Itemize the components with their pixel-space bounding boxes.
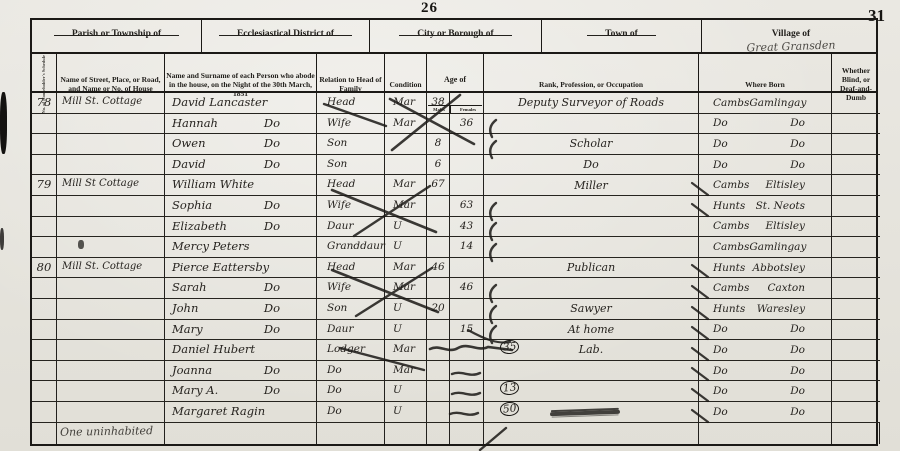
street-cell xyxy=(57,237,165,258)
age-female-cell: 43 xyxy=(450,217,484,238)
parish-cell: Parish or Township of xyxy=(32,20,202,53)
occupation-cell: Miller xyxy=(484,175,699,196)
person-name-cell: David Lancaster xyxy=(165,93,317,114)
blind-deaf-cell xyxy=(832,114,880,135)
relation-cell: Daur xyxy=(317,320,385,341)
person-name-cell: JohnDo xyxy=(165,299,317,320)
age-female-cell: 15 xyxy=(450,320,484,341)
condition-cell: Mar xyxy=(385,175,427,196)
table-row: OwenDo Son 8 Scholar DoDo xyxy=(32,134,876,155)
ecclesiastical-cell: Ecclesiastical District of xyxy=(202,20,370,53)
blind-deaf-cell xyxy=(832,258,880,279)
condition-cell: Mar xyxy=(385,258,427,279)
age-male-cell: 20 xyxy=(427,299,450,320)
village-label: Village of xyxy=(768,29,814,39)
blind-deaf-cell xyxy=(832,134,880,155)
occupation-cell xyxy=(484,237,699,258)
blind-deaf-cell xyxy=(832,340,880,361)
blind-deaf-cell xyxy=(832,361,880,382)
schedule-number-cell: 79 xyxy=(32,175,57,196)
age-male-cell xyxy=(427,217,450,238)
scan-artifact xyxy=(78,240,84,249)
age-female-cell: 63 xyxy=(450,196,484,217)
relation-cell: Head xyxy=(317,93,385,114)
age-female-cell xyxy=(450,134,484,155)
relation-cell: Wife xyxy=(317,114,385,135)
schedule-number-cell xyxy=(32,402,57,423)
table-row: 80 Mill St. Cottage Pierce Eattersby Hea… xyxy=(32,258,876,279)
table-row: SophiaDo Wife Mar 63 HuntsSt. Neots xyxy=(32,196,876,217)
age-male-cell xyxy=(427,278,450,299)
footer-row: One uninhabited xyxy=(32,423,876,444)
where-born-cell: DoDo xyxy=(699,340,832,361)
relation-cell: Wife xyxy=(317,196,385,217)
occupation-cell: Scholar xyxy=(484,134,699,155)
age-male-cell xyxy=(427,361,450,382)
table-row: HannahDo Wife Mar 36 DoDo xyxy=(32,114,876,135)
village-cell: Village of Great Gransden xyxy=(702,20,880,53)
occupation-cell: At home xyxy=(484,320,699,341)
condition-cell: U xyxy=(385,217,427,238)
condition-cell: U xyxy=(385,299,427,320)
street-cell xyxy=(57,340,165,361)
age-female-cell xyxy=(450,155,484,176)
blind-deaf-cell xyxy=(832,93,880,114)
blind-deaf-cell xyxy=(832,237,880,258)
person-name-cell: MaryDo xyxy=(165,320,317,341)
schedule-number-cell xyxy=(32,278,57,299)
town-cell: Town of xyxy=(542,20,702,53)
schedule-number-cell xyxy=(32,320,57,341)
age-female-cell xyxy=(450,340,484,361)
street-cell xyxy=(57,134,165,155)
street-cell xyxy=(57,196,165,217)
age-female-cell xyxy=(450,361,484,382)
relation-cell: Lodger xyxy=(317,340,385,361)
street-cell xyxy=(57,217,165,238)
relation-cell: Do xyxy=(317,381,385,402)
age-female-cell xyxy=(450,381,484,402)
where-born-cell: DoDo xyxy=(699,134,832,155)
where-born-cell: CambsEltisley xyxy=(699,217,832,238)
table-row: JohnDo Son U 20 Sawyer HuntsWaresley xyxy=(32,299,876,320)
person-name-cell: Mary A.Do xyxy=(165,381,317,402)
schedule-number-cell xyxy=(32,134,57,155)
where-born-cell: CambsEltisley xyxy=(699,175,832,196)
uninhabited-note: One uninhabited xyxy=(60,424,153,439)
condition-cell: U xyxy=(385,402,427,423)
table-row: ElizabethDo Daur U 43 CambsEltisley xyxy=(32,217,876,238)
condition-cell xyxy=(385,155,427,176)
schedule-number-cell: 78 xyxy=(32,93,57,114)
person-name-cell: DavidDo xyxy=(165,155,317,176)
blind-deaf-cell xyxy=(832,402,880,423)
where-born-cell: DoDo xyxy=(699,402,832,423)
relation-cell: Daur xyxy=(317,217,385,238)
town-label: Town of xyxy=(601,29,642,39)
circled-age-correction: 50 xyxy=(499,401,520,417)
age-male-cell xyxy=(427,340,450,361)
relation-cell: Wife xyxy=(317,278,385,299)
schedule-number-cell xyxy=(32,299,57,320)
table-row: SarahDo Wife Mar 46 CambsCaxton xyxy=(32,278,876,299)
condition-cell: U xyxy=(385,237,427,258)
schedule-number-cell xyxy=(32,361,57,382)
column-header-row: No. of Householder's Schedule Name of St… xyxy=(32,54,876,93)
where-born-cell: DoDo xyxy=(699,155,832,176)
person-name-cell: Pierce Eattersby xyxy=(165,258,317,279)
condition-cell: Mar xyxy=(385,114,427,135)
age-female-cell xyxy=(450,175,484,196)
occupation-cell xyxy=(484,196,699,217)
occupation-cell xyxy=(484,278,699,299)
relation-cell: Granddaur xyxy=(317,237,385,258)
blind-deaf-cell xyxy=(832,217,880,238)
blind-deaf-cell xyxy=(832,381,880,402)
relation-cell: Head xyxy=(317,258,385,279)
where-born-cell: CambsGamlingay xyxy=(699,93,832,114)
street-cell xyxy=(57,402,165,423)
person-name-cell: JoannaDo xyxy=(165,361,317,382)
census-form: Parish or Township of Ecclesiastical Dis… xyxy=(30,18,878,446)
circled-age-correction: 35 xyxy=(499,339,520,355)
condition-cell: Mar xyxy=(385,93,427,114)
street-cell xyxy=(57,155,165,176)
age-female-cell: 14 xyxy=(450,237,484,258)
schedule-number-cell xyxy=(32,217,57,238)
blind-deaf-cell xyxy=(832,196,880,217)
relation-cell: Son xyxy=(317,155,385,176)
circled-age-correction: 13 xyxy=(499,380,520,396)
place-name-band: Parish or Township of Ecclesiastical Dis… xyxy=(32,20,876,54)
blind-deaf-cell xyxy=(832,299,880,320)
street-cell: Mill St. Cottage xyxy=(57,93,165,114)
street-cell xyxy=(57,381,165,402)
where-born-cell: HuntsSt. Neots xyxy=(699,196,832,217)
occupation-cell: 35 Lab. xyxy=(484,340,699,361)
occupation-cell: Sawyer xyxy=(484,299,699,320)
condition-cell: U xyxy=(385,320,427,341)
person-name-cell: ElizabethDo xyxy=(165,217,317,238)
table-row: Daniel Hubert Lodger Mar 35 Lab. DoDo xyxy=(32,340,876,361)
person-name-cell: Daniel Hubert xyxy=(165,340,317,361)
occupation-cell xyxy=(484,114,699,135)
where-born-cell: HuntsWaresley xyxy=(699,299,832,320)
age-male-cell xyxy=(427,196,450,217)
street-cell xyxy=(57,361,165,382)
occupation-cell: Publican xyxy=(484,258,699,279)
person-name-cell: Mercy Peters xyxy=(165,237,317,258)
age-male-cell xyxy=(427,237,450,258)
condition-cell: Mar xyxy=(385,196,427,217)
street-cell: Mill St. Cottage xyxy=(57,258,165,279)
person-name-cell: OwenDo xyxy=(165,134,317,155)
person-name-cell: SarahDo xyxy=(165,278,317,299)
relation-cell: Son xyxy=(317,299,385,320)
age-female-cell xyxy=(450,402,484,423)
age-male-cell: 67 xyxy=(427,175,450,196)
scan-artifact xyxy=(0,228,4,250)
age-female-cell xyxy=(450,93,484,114)
parish-label: Parish or Township of xyxy=(68,29,165,39)
occupation-cell xyxy=(484,361,699,382)
scan-artifact xyxy=(0,92,7,154)
where-born-cell: CambsCaxton xyxy=(699,278,832,299)
condition-cell xyxy=(385,134,427,155)
relation-cell: Do xyxy=(317,361,385,382)
relation-cell: Son xyxy=(317,134,385,155)
age-male-cell xyxy=(427,381,450,402)
age-male-cell: 6 xyxy=(427,155,450,176)
age-male-cell xyxy=(427,402,450,423)
condition-cell: U xyxy=(385,381,427,402)
schedule-number-cell xyxy=(32,237,57,258)
where-born-cell: DoDo xyxy=(699,320,832,341)
table-row: 78 Mill St. Cottage David Lancaster Head… xyxy=(32,93,876,114)
street-cell xyxy=(57,320,165,341)
city-cell: City or Borough of xyxy=(370,20,542,53)
occupation-cell: 13 xyxy=(484,381,699,402)
age-male-cell xyxy=(427,320,450,341)
city-label: City or Borough of xyxy=(413,29,497,39)
schedule-number-cell xyxy=(32,381,57,402)
schedule-number-cell xyxy=(32,114,57,135)
street-cell: Mill St Cottage xyxy=(57,175,165,196)
schedule-number-cell xyxy=(32,155,57,176)
schedule-number-cell: 80 xyxy=(32,258,57,279)
table-row: JoannaDo Do Mar DoDo xyxy=(32,361,876,382)
schedule-number-cell xyxy=(32,340,57,361)
age-male-cell xyxy=(427,114,450,135)
age-male-cell: 8 xyxy=(427,134,450,155)
person-name-cell: Margaret Ragin xyxy=(165,402,317,423)
condition-cell: Mar xyxy=(385,361,427,382)
where-born-cell: CambsGamlingay xyxy=(699,237,832,258)
age-female-cell: 36 xyxy=(450,114,484,135)
blind-deaf-cell xyxy=(832,175,880,196)
age-male-cell: 38 xyxy=(427,93,450,114)
occupation-cell: Deputy Surveyor of Roads xyxy=(484,93,699,114)
person-name-cell: HannahDo xyxy=(165,114,317,135)
ecclesiastical-label: Ecclesiastical District of xyxy=(233,29,338,39)
age-male-cell: 46 xyxy=(427,258,450,279)
blind-deaf-cell xyxy=(832,278,880,299)
street-cell xyxy=(57,114,165,135)
table-row: 79 Mill St Cottage William White Head Ma… xyxy=(32,175,876,196)
table-row: Mercy Peters Granddaur U 14 CambsGamling… xyxy=(32,237,876,258)
occupation-cell: Do xyxy=(484,155,699,176)
age-female-cell xyxy=(450,258,484,279)
occupation-cell: 50 xyxy=(484,402,699,423)
person-name-cell: William White xyxy=(165,175,317,196)
age-female-cell xyxy=(450,299,484,320)
person-name-cell: SophiaDo xyxy=(165,196,317,217)
table-row: Margaret Ragin Do U 50 DoDo xyxy=(32,402,876,423)
occupation-cell xyxy=(484,217,699,238)
condition-cell: Mar xyxy=(385,340,427,361)
table-row: MaryDo Daur U 15 At home DoDo xyxy=(32,320,876,341)
page-number-left: 26 xyxy=(421,0,438,17)
rows-body: 78 Mill St. Cottage David Lancaster Head… xyxy=(32,93,876,423)
relation-cell: Do xyxy=(317,402,385,423)
blind-deaf-cell xyxy=(832,320,880,341)
where-born-cell: HuntsAbbotsley xyxy=(699,258,832,279)
relation-cell: Head xyxy=(317,175,385,196)
blind-deaf-cell xyxy=(832,155,880,176)
table-row: Mary A.Do Do U 13 DoDo xyxy=(32,381,876,402)
table-row: DavidDo Son 6 Do DoDo xyxy=(32,155,876,176)
age-female-cell: 46 xyxy=(450,278,484,299)
where-born-cell: DoDo xyxy=(699,114,832,135)
street-cell xyxy=(57,278,165,299)
street-cell xyxy=(57,299,165,320)
where-born-cell: DoDo xyxy=(699,361,832,382)
schedule-number-cell xyxy=(32,196,57,217)
condition-cell: Mar xyxy=(385,278,427,299)
where-born-cell: DoDo xyxy=(699,381,832,402)
